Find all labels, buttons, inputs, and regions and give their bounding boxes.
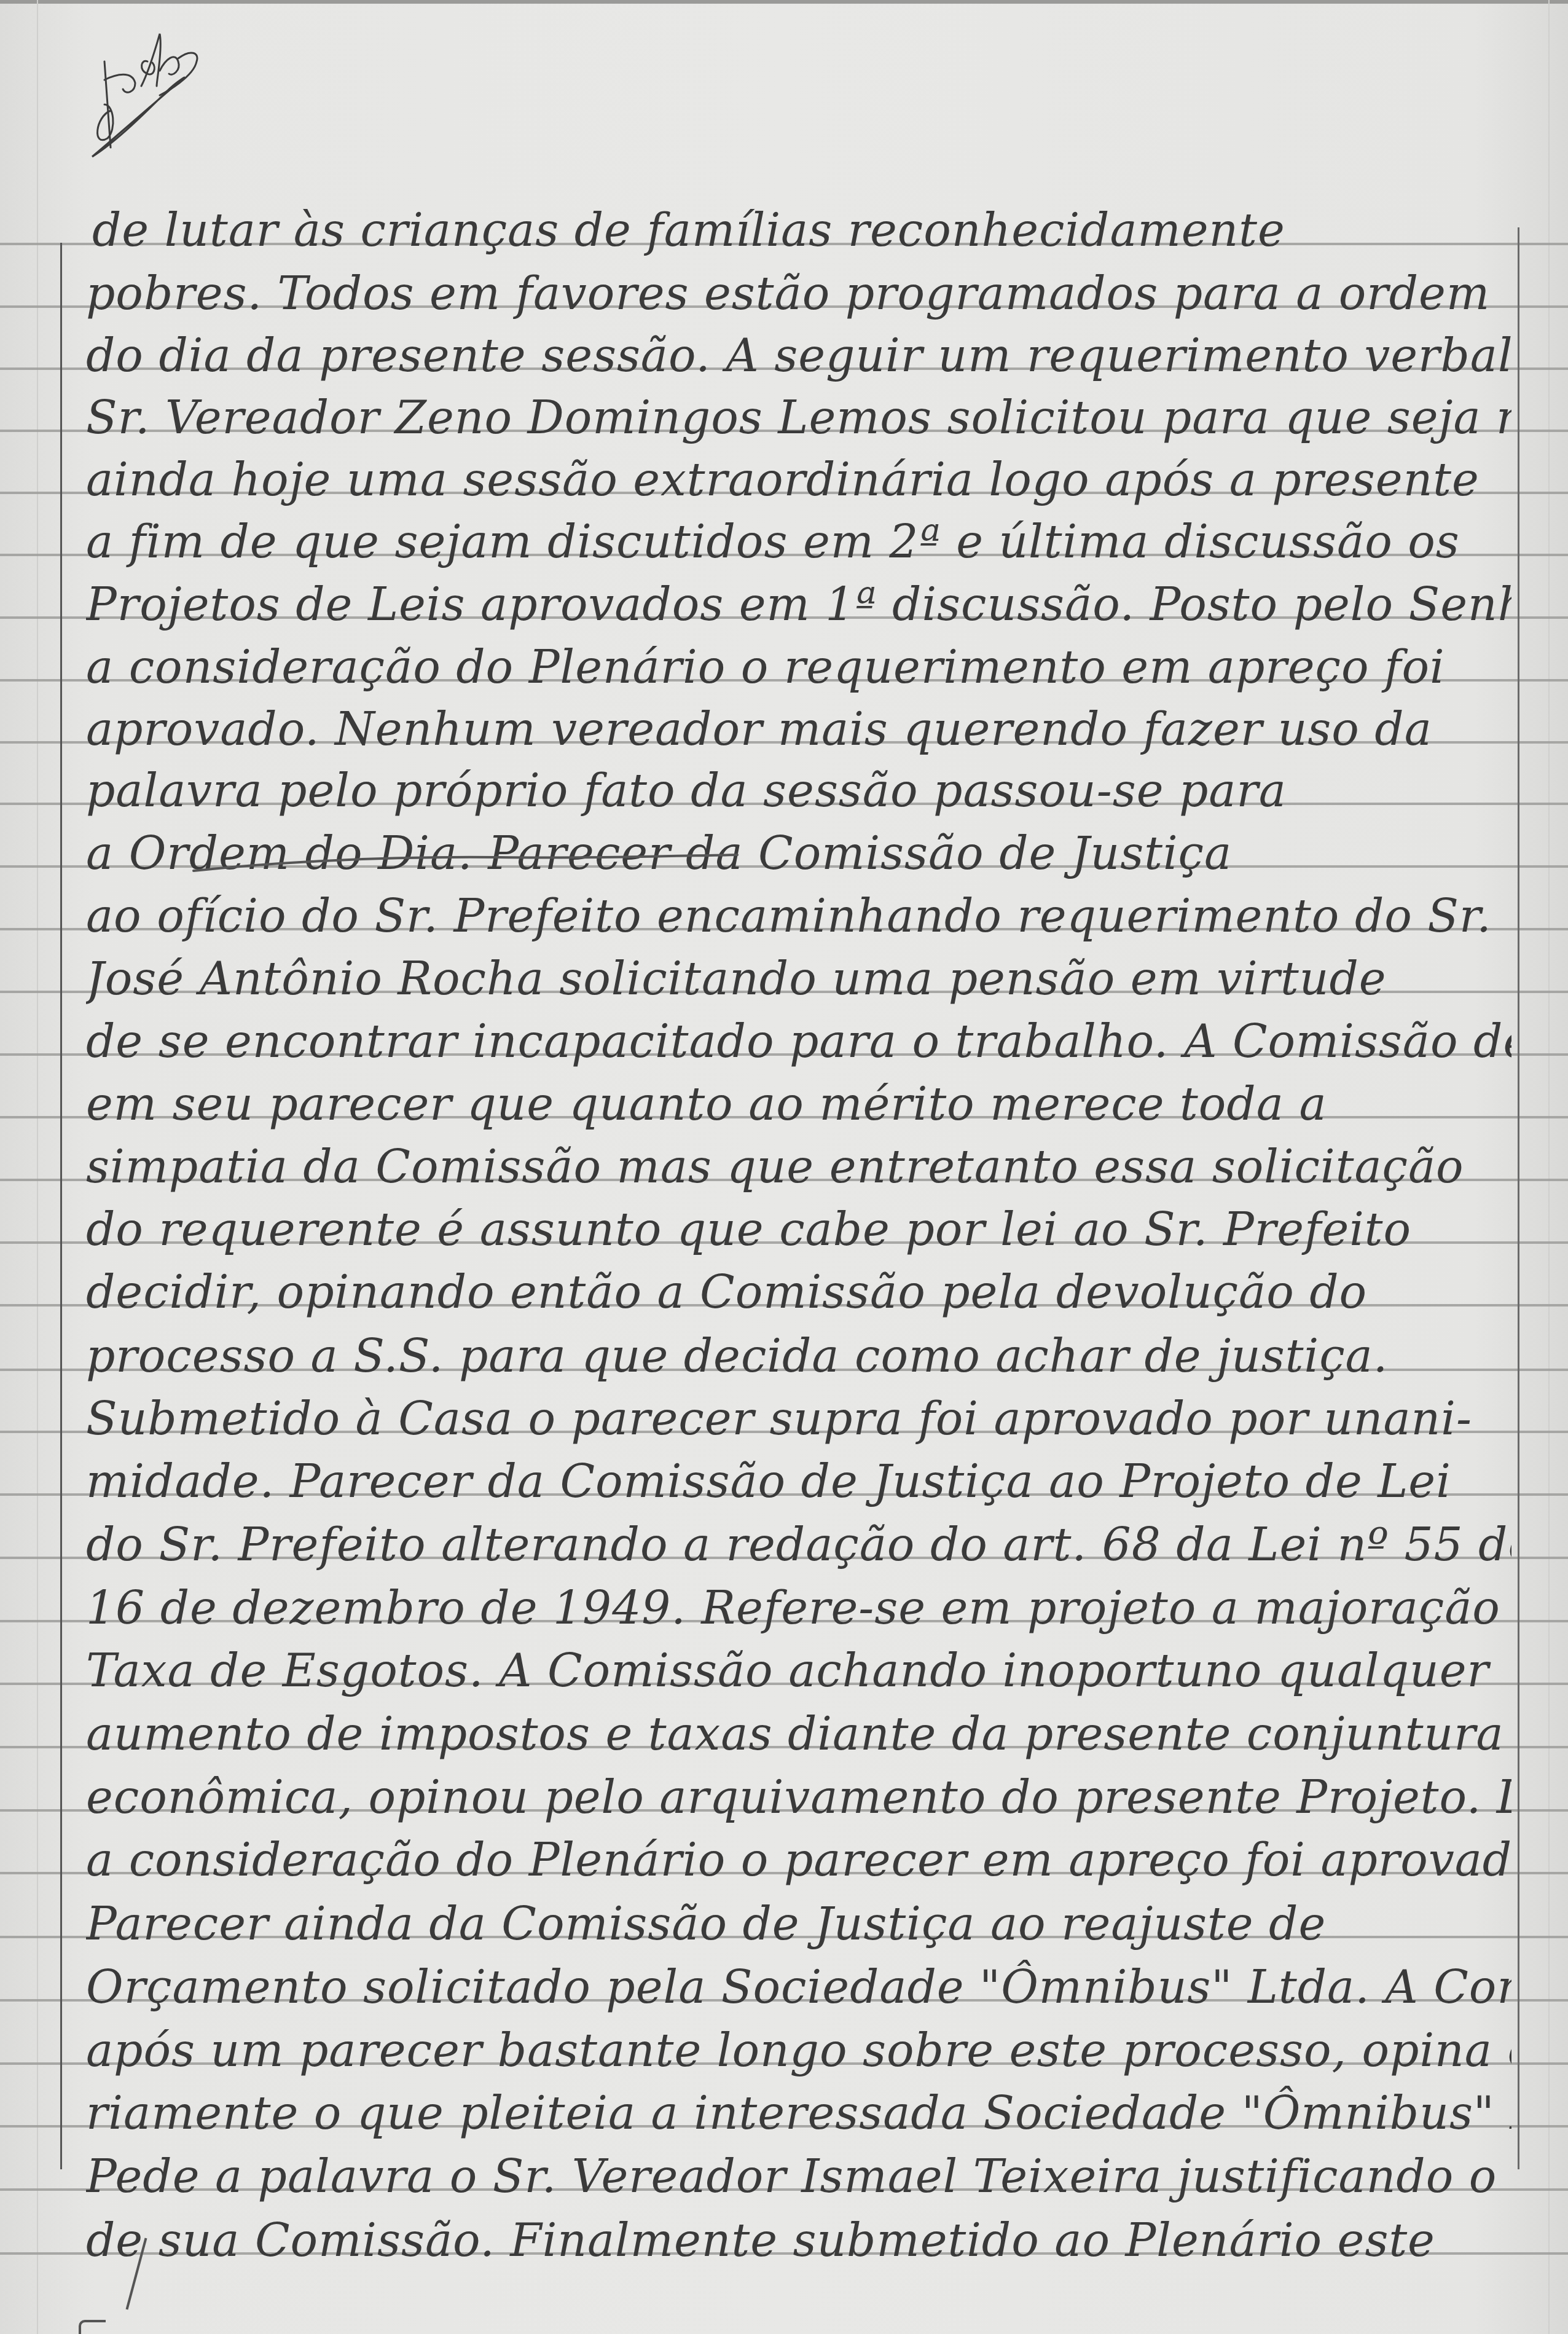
text-line: de se encontrar incapacitado para o trab… (86, 1008, 1511, 1075)
text-line: ainda hoje uma sessão extraordinária log… (86, 446, 1511, 514)
text-line: processo a S.S. para que decida como ach… (86, 1322, 1511, 1390)
manuscript-page: de lutar às crianças de famílias reconhe… (0, 0, 1568, 2334)
text-line: de sua Comissão. Finalmente submetido ao… (86, 2207, 1511, 2274)
text-line: Submetido à Casa o parecer supra foi apr… (86, 1385, 1511, 1453)
text-line: ao ofício do Sr. Prefeito encaminhando r… (86, 882, 1511, 950)
text-line: em seu parecer que quanto ao mérito mere… (86, 1071, 1511, 1138)
ordem-do-dia-underline (190, 851, 743, 876)
text-line: econômica, opinou pelo arquivamento do p… (86, 1764, 1511, 1831)
text-line: a consideração do Plenário o parecer em … (86, 1826, 1511, 1894)
right-margin-line (1518, 227, 1519, 2169)
text-line: José Antônio Rocha solicitando uma pensã… (86, 945, 1511, 1013)
page-top-edge (0, 0, 1568, 4)
text-line: Taxa de Esgotos. A Comissão achando inop… (86, 1637, 1511, 1705)
text-line: a consideração do Plenário o requeriment… (86, 634, 1511, 701)
left-margin-line (60, 243, 62, 2169)
page-bottom-mark (79, 2320, 106, 2334)
text-line: Parecer ainda da Comissão de Justiça ao … (86, 1890, 1511, 1958)
text-line: após um parecer bastante longo sobre est… (86, 2017, 1511, 2084)
text-line: Projetos de Leis aprovados em 1ª discuss… (86, 571, 1511, 639)
paper-texture-line (1548, 0, 1550, 2334)
text-line: do Sr. Prefeito alterando a redação do a… (86, 1511, 1511, 1579)
text-line: a fim de que sejam discutidos em 2ª e úl… (86, 508, 1511, 576)
text-line: aprovado. Nenhum vereador mais querendo … (86, 696, 1511, 763)
text-line: aumento de impostos e taxas diante da pr… (86, 1700, 1511, 1768)
text-line: de lutar às crianças de famílias reconhe… (92, 197, 1518, 264)
text-line: simpatia da Comissão mas que entretanto … (86, 1133, 1511, 1201)
text-line: decidir, opinando então a Comissão pela … (86, 1259, 1511, 1326)
text-line: Sr. Vereador Zeno Domingos Lemos solicit… (86, 384, 1511, 452)
text-line: Pede a palavra o Sr. Vereador Ismael Tei… (86, 2143, 1511, 2210)
text-line: do requerente é assunto que cabe por lei… (86, 1196, 1511, 1263)
text-line: Orçamento solicitado pela Sociedade "Ômn… (86, 1954, 1511, 2021)
text-line: midade. Parecer da Comissão de Justiça a… (86, 1448, 1511, 1515)
text-line: do dia da presente sessão. A seguir um r… (86, 322, 1511, 390)
paper-texture-line (37, 0, 38, 2334)
signature-icon (74, 25, 203, 166)
text-line: 16 de dezembro de 1949. Refere-se em pro… (86, 1574, 1511, 1642)
text-line: pobres. Todos em favores estão programad… (86, 260, 1511, 328)
text-line: palavra pelo próprio fato da sessão pass… (86, 757, 1511, 825)
text-line: riamente o que pleiteia a interessada So… (86, 2080, 1511, 2147)
